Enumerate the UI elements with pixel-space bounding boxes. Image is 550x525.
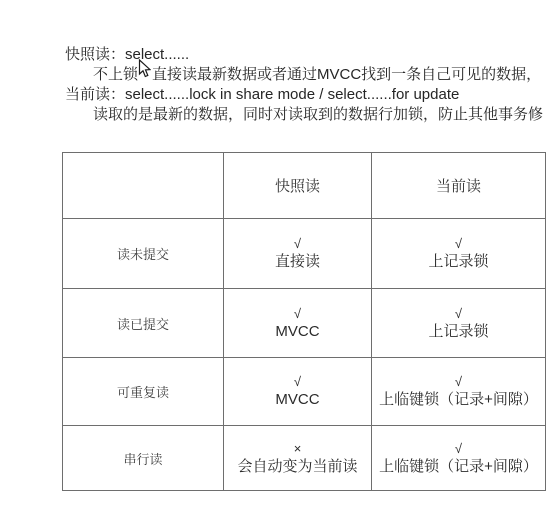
- snapshot-cell: √ MVCC: [224, 289, 372, 358]
- table-row-read-uncommitted: 读未提交 √ 直接读 √ 上记录锁: [63, 219, 546, 289]
- snapshot-cell: √ 直接读: [224, 219, 372, 289]
- notes-line-current-detail: 读取的是最新的数据，同时对读取到的数据行加锁，防止其他事务修: [93, 105, 543, 125]
- snapshot-cell: × 会自动变为当前读: [224, 426, 372, 491]
- current-cell: √ 上临键锁（记录+间隙）: [372, 358, 546, 426]
- check-mark: √: [224, 373, 371, 390]
- current-cell: √ 上临键锁（记录+间隙）: [372, 426, 546, 491]
- cell-text: 上记录锁: [372, 322, 545, 342]
- cross-mark: ×: [224, 440, 371, 457]
- row-label: 可重复读: [63, 358, 224, 426]
- table-header-snapshot-read: 快照读: [224, 153, 372, 219]
- table-row-serializable-read: 串行读 × 会自动变为当前读 √ 上临键锁（记录+间隙）: [63, 426, 546, 491]
- notes-line-current-read: 当前读：select......lock in share mode / sel…: [65, 85, 459, 105]
- cell-text: MVCC: [224, 322, 371, 342]
- table-row-repeatable-read: 可重复读 √ MVCC √ 上临键锁（记录+间隙）: [63, 358, 546, 426]
- cell-text: MVCC: [224, 390, 371, 410]
- row-label: 读已提交: [63, 289, 224, 358]
- notes-line2-before: 不上锁: [93, 66, 138, 83]
- check-mark: √: [224, 235, 371, 252]
- check-mark: √: [372, 373, 545, 390]
- check-mark: √: [372, 235, 545, 252]
- document-page: 快照读：select...... 不上锁直接读最新数据或者通过MVCC找到一条自…: [0, 0, 550, 525]
- table-header-current-read: 当前读: [372, 153, 546, 219]
- cell-text: 上记录锁: [372, 252, 545, 272]
- cell-text: 上临键锁（记录+间隙）: [372, 390, 545, 410]
- cell-text: 上临键锁（记录+间隙）: [372, 457, 545, 477]
- snapshot-cell: √ MVCC: [224, 358, 372, 426]
- table-header-empty: [63, 153, 224, 219]
- check-mark: √: [372, 305, 545, 322]
- notes-line-snapshot-detail: 不上锁直接读最新数据或者通过MVCC找到一条自己可见的数据，: [93, 65, 541, 85]
- table-header-row: 快照读 当前读: [63, 153, 546, 219]
- current-cell: √ 上记录锁: [372, 289, 546, 358]
- row-label: 读未提交: [63, 219, 224, 289]
- isolation-comparison-table: 快照读 当前读 读未提交 √ 直接读 √ 上记录锁 读已提交 √ MVCC: [62, 152, 546, 491]
- notes-line2-after: 直接读最新数据或者通过MVCC找到一条自己可见的数据，: [152, 66, 541, 83]
- cell-text: 直接读: [224, 252, 371, 272]
- notes-line-snapshot-read: 快照读：select......: [65, 45, 189, 65]
- check-mark: √: [372, 440, 545, 457]
- table-row-read-committed: 读已提交 √ MVCC √ 上记录锁: [63, 289, 546, 358]
- check-mark: √: [224, 305, 371, 322]
- cell-text: 会自动变为当前读: [224, 457, 371, 477]
- current-cell: √ 上记录锁: [372, 219, 546, 289]
- row-label: 串行读: [63, 426, 224, 491]
